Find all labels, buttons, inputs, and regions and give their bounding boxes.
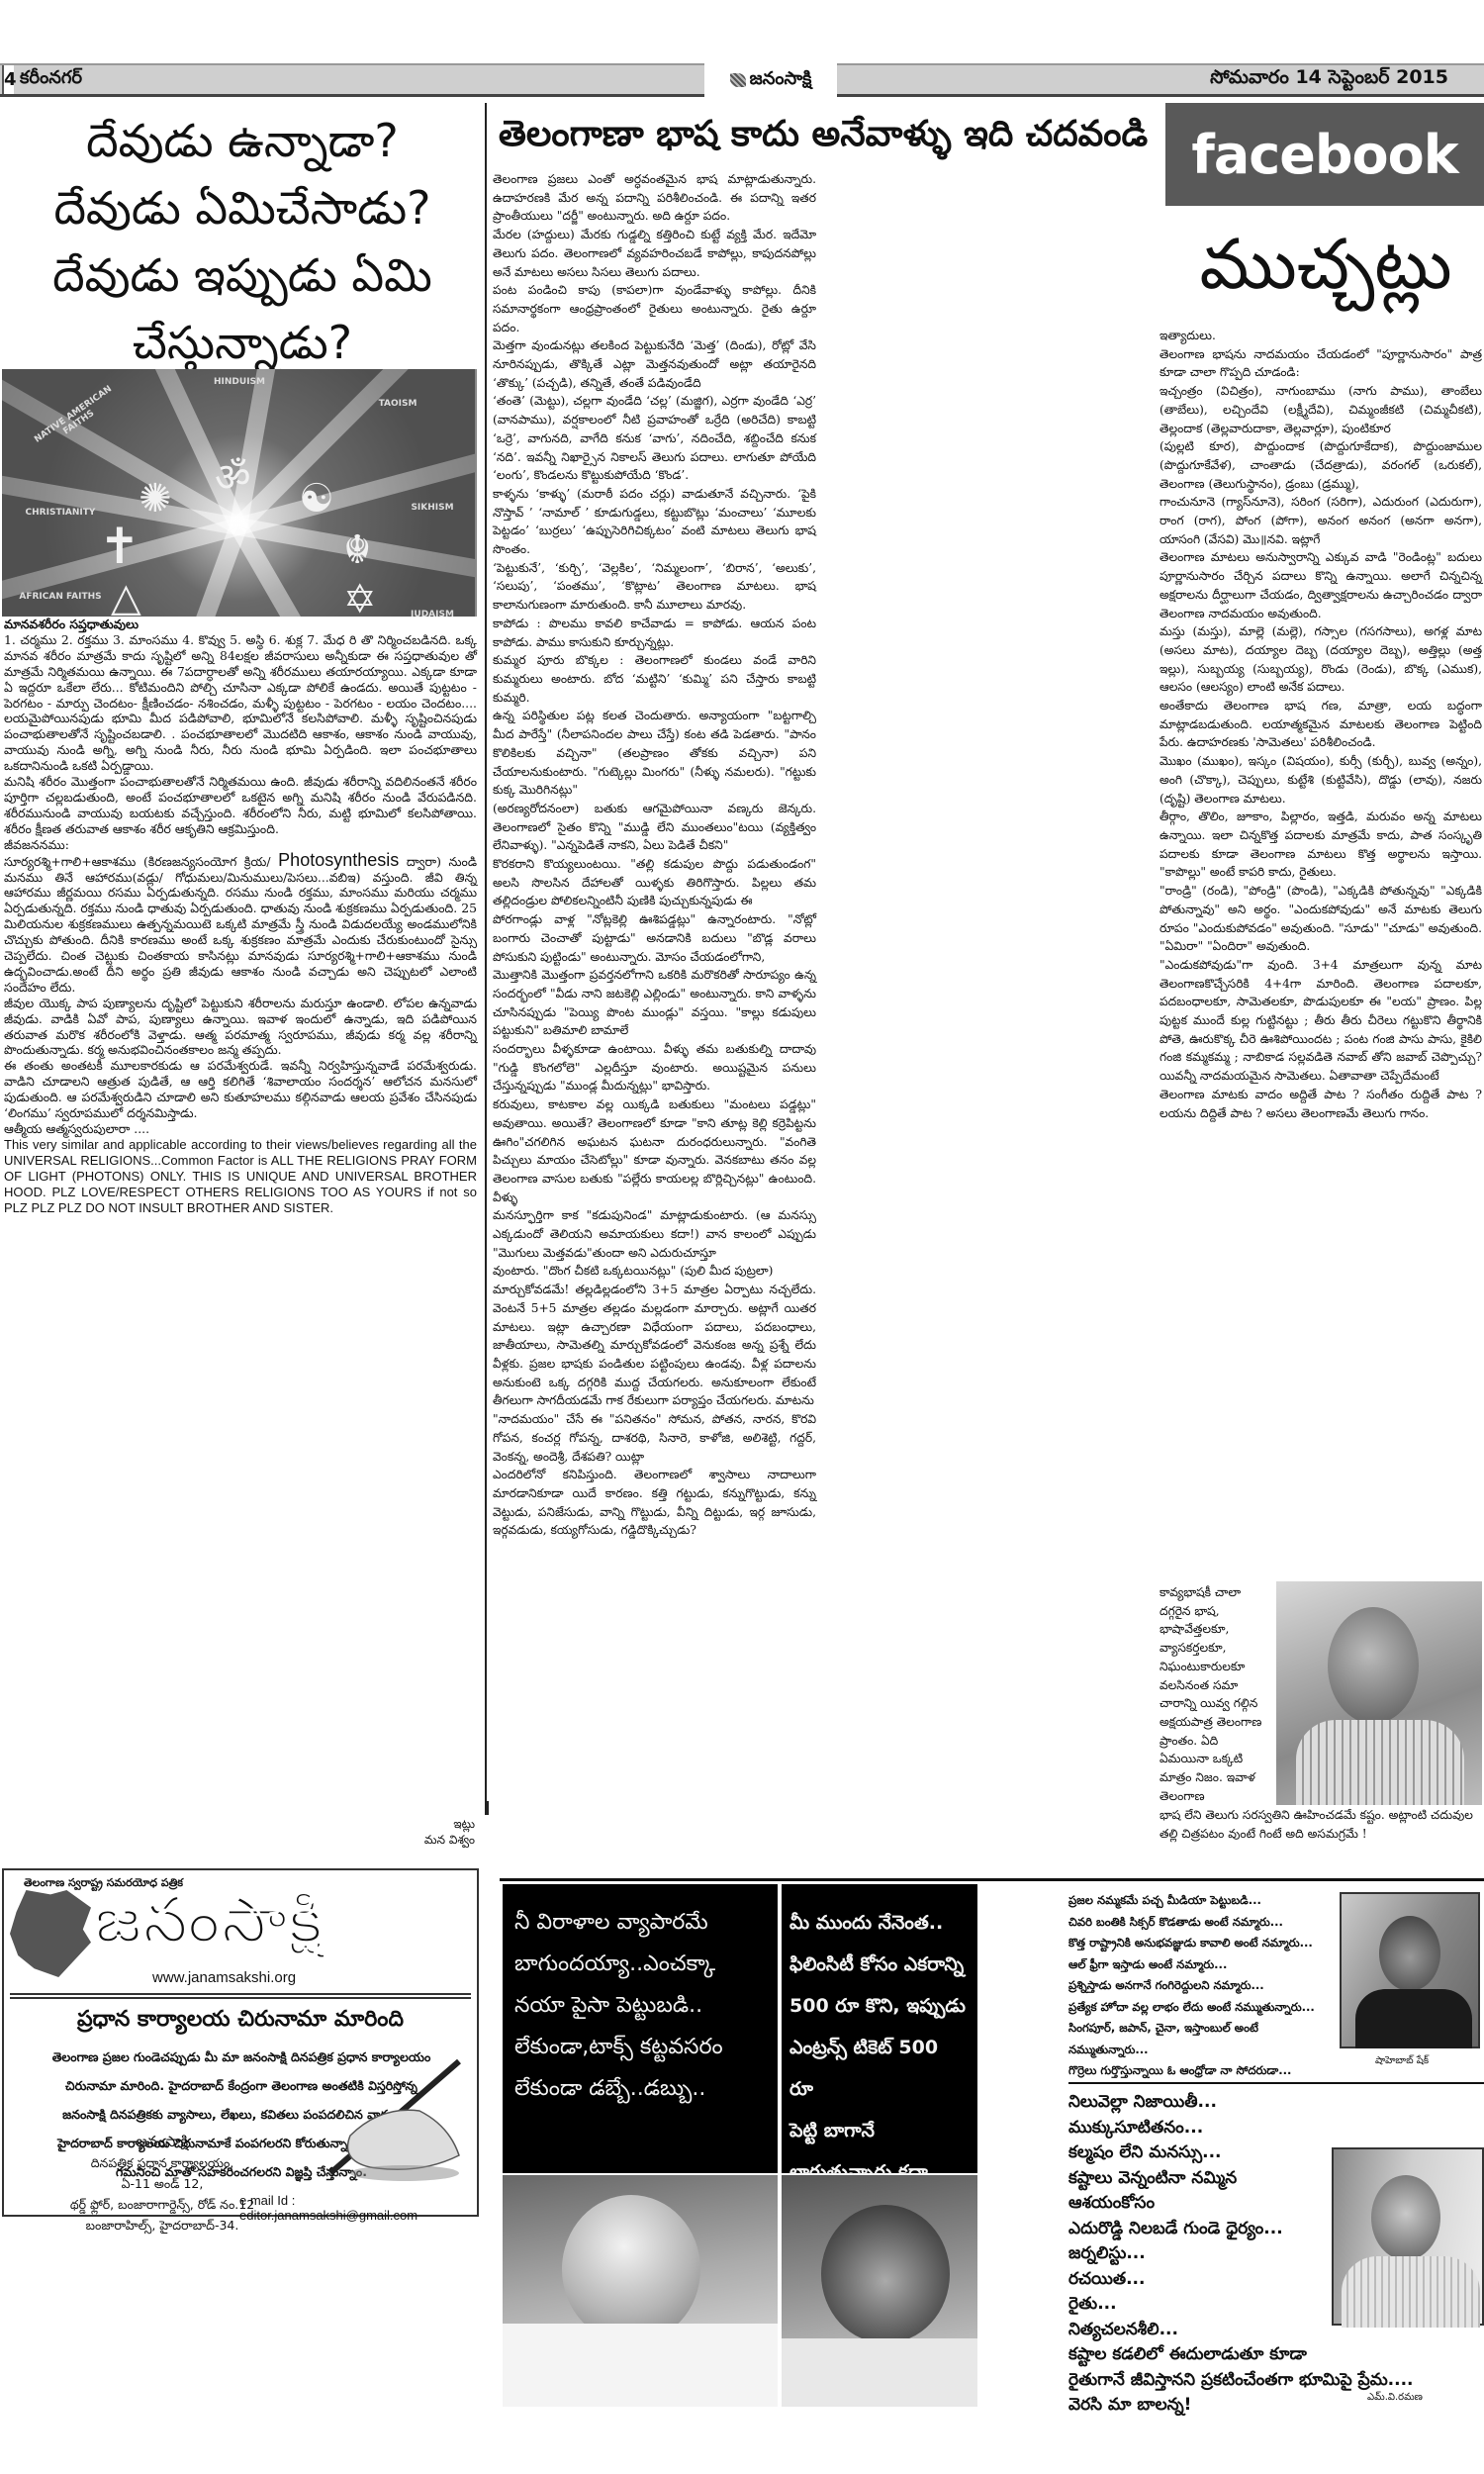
- meme-line: లేకుండా,టాక్స్ కట్టవసరం: [514, 2027, 768, 2068]
- title-line: దేవుడు ఏమిచేసాడు?: [0, 174, 485, 241]
- meme-line: ఎంట్రన్స్ టికెట్ 500 రూ: [789, 2027, 968, 2110]
- paragraph: జీవుల యొక్క పాప పుణ్యాలను దృష్టిలో పెట్ట…: [4, 996, 477, 1059]
- facebook-column-narrow: కావ్యభాషకీ చాలా దగ్గరైన భాష, భాషావేత్తలక…: [1159, 1583, 1268, 1805]
- poem-line: ముక్కుసూటితనం...: [1068, 2116, 1484, 2141]
- poem-andhra-media: ప్రజల నమ్మకమే పచ్చ మీడియా పెట్టుబడి... చ…: [1068, 1890, 1365, 2082]
- masthead-text: జనంసాక్షి: [750, 68, 812, 93]
- paragraph: కరువులు, కాటకాల వల్ల యిక్కడి బతుకులు "మం…: [493, 1095, 816, 1206]
- shirt-shape: [1355, 1989, 1472, 2048]
- hand-writing-pen-icon: [311, 2056, 469, 2185]
- edition-name: కరీంనగర్: [20, 67, 82, 92]
- face-shape: [821, 2205, 950, 2343]
- text-run: ద్వారా) నుండి మనము తినే ఆహారము(వడ్లు/ గో…: [4, 854, 477, 995]
- meme-line: 500 రూ కొని, ఇప్పుడు: [789, 1985, 968, 2027]
- paragraph: మార్చుకోవడమే! తల్లడిల్లడంలోని 3+5 మాత్రల…: [493, 1281, 816, 1410]
- facebook-column-tail: భాష లేని తెలుగు సరస్వతిని ఊహించడమే కష్టం…: [1159, 1806, 1482, 1843]
- facebook-column-body: ఇత్యాదులు. తెలంగాణ భాషను నాదమయం చేయడంలో …: [1159, 327, 1482, 1122]
- paragraph: తీర్గాం, తొలిం, జూకాం, పిల్లారం, ఇత్తడి,…: [1159, 808, 1482, 882]
- face-shape: [1328, 1607, 1419, 1724]
- poem-divider: [1068, 2082, 1484, 2084]
- paragraph: మొఖం (ముఖం), ఇస్కం (విషయం), కుర్సీ (కుర్…: [1159, 752, 1482, 808]
- website-link[interactable]: www.janamsakshi.org: [152, 1969, 296, 1986]
- poem-line: రైతుగానే జీవిస్తానని ప్రకటించేంతగా భూమిప…: [1068, 2368, 1484, 2394]
- paragraph: ‘పెట్టుకునే’, ‘కుర్చి’, ‘వెల్లకిల’, ‘నిమ…: [493, 559, 816, 615]
- signoff-line: ఇట్లు: [297, 1816, 475, 1832]
- column-divider-bottom: [487, 1801, 489, 1815]
- meme-line: ఫిలింసిటీ కోసం ఎకరాన్ని: [789, 1944, 968, 1985]
- signoff: ఇట్లు మన విశ్వం: [297, 1816, 475, 1848]
- meme-photo-left: [503, 2175, 778, 2407]
- shirt-shape: [1296, 1720, 1464, 1805]
- paragraph: మనస్ఫూర్తిగా కాక "కడుపునిండ" మాట్లాడుకుం…: [493, 1206, 816, 1262]
- khanda-icon: ☬: [343, 527, 371, 573]
- photosynthesis-word: Photosynthesis: [278, 850, 399, 870]
- meme-panel-left: నీ విరాళాల వ్యాపారమే బాగుందయ్యా..ఎంచక్కా…: [503, 1884, 778, 2173]
- author-photo: [1276, 1581, 1482, 1805]
- paragraph: ఎందరిలోనో కనిపిస్తుంది. తెలంగాణలో శ్వాసా…: [493, 1466, 816, 1540]
- paragraph: ఆత్మీయ ఆత్మస్వరుపులారా ....: [4, 1121, 477, 1137]
- paragraph: కుమ్మర పూరు బొక్కల : తెలంగాణలో కుండలు వం…: [493, 651, 816, 707]
- poem-line: చివరి బంతికి సిక్సర్ కొడతాడు అంటే నమ్మార…: [1068, 1912, 1365, 1934]
- paragraph: కొరకరాని కొయ్యలుంటయి. "తల్లి కడుపుల పొద్…: [493, 855, 816, 910]
- double-rule: [10, 1993, 471, 1999]
- paragraph: అంతేకాదు తెలంగాణ భాష గణ, మాత్రా, లయ బద్ధ…: [1159, 697, 1482, 752]
- page-header: 4 కరీంనగర్ జనంసాక్షి సోమవారం 14 సెప్టెంబ…: [0, 63, 1484, 97]
- email-address[interactable]: e mail Id : editor.janamsakshi@gmail.com: [239, 2193, 477, 2223]
- paragraph: సందర్భాలు వీళ్ళకూడా ఉంటాయి. వీళ్ళు తమ బత…: [493, 1040, 816, 1095]
- paragraph: గాంచునూనె (గ్యాస్‌నూనె), సరింగ (సరిగా), …: [1159, 493, 1482, 548]
- paragraph: మనిషి శరీరం మొత్తంగా పంచాభుతాలతోనే నిర్మ…: [4, 774, 477, 837]
- paragraph: ఉన్న పరిస్థితుల పట్ల కలత చెందుతారు. అన్య…: [493, 707, 816, 800]
- paragraph: మెత్తగా వుండునట్లు తలకింద పెట్టుకునేది ‘…: [493, 336, 816, 392]
- paragraph: తెలంగాణ మాటలు అనుస్వారాన్ని ఎక్కువ వాడి …: [1159, 548, 1482, 622]
- paragraph: కాళ్ళను ‘కాళ్ళు’ (మరాఠీ పదం చర్లు) వాడుత…: [493, 485, 816, 559]
- paragraph: ఇత్యాదులు.: [1159, 327, 1482, 345]
- paragraph: ఈ తంతు అంతటకీ మూలకారకుడు ఆ పరమేశ్వరుడే. …: [4, 1058, 477, 1121]
- english-note: This very similar and applicable accordi…: [4, 1137, 477, 1216]
- janamsakshi-logo: జనంసాక్షి: [95, 1884, 325, 1972]
- paragraph: పంట పండించి కాపు (కాపలా)గా వుండేవాళ్ళు క…: [493, 281, 816, 336]
- medicine-wheel-icon: ✺: [139, 476, 172, 522]
- yin-yang-icon: ☯: [299, 476, 334, 522]
- label-judaism: JUDAISM: [378, 610, 477, 617]
- subheading: జీవజననము:: [4, 837, 477, 853]
- signoff-line: మన విశ్వం: [297, 1832, 475, 1848]
- poem-line: సింగపూర్, జపాన్, చైనా, ఇస్తాంబుల్ అంటే: [1068, 2018, 1365, 2040]
- poem-line: ప్రత్యేక హోదా వల్ల లాభం లేదు అంటే నమ్ముత…: [1068, 1997, 1365, 2019]
- poem-line: ప్రశ్నిస్తాడు అనగానే గంగిరెద్దులని నమ్మా…: [1068, 1975, 1365, 1997]
- title-line: దేవుడు ఇప్పుడు ఏమి: [0, 241, 485, 309]
- address-line: జనంసాక్షి: [14, 2132, 311, 2152]
- paragraph: సూర్యరశ్మి+గాలి+ఆకాశము (కిరణజన్యసంయోగ క్…: [4, 853, 477, 996]
- shirt-shape: [503, 2324, 778, 2407]
- text-run: సూర్యరశ్మి+గాలి+ఆకాశము (కిరణజన్యసంయోగ క్…: [4, 854, 278, 869]
- paragraph: కాపోడు : పొలము కావలి కాచేవాడు = కాపోడు. …: [493, 615, 816, 651]
- left-article-body: మానవశరీరం సప్తధాతువులు 1. చర్మము 2. రక్త…: [4, 617, 477, 1216]
- left-article-title: దేవుడు ఉన్నాడా? దేవుడు ఏమిచేసాడు? దేవుడు…: [0, 107, 485, 376]
- middle-article-headline: తెలంగాణా భాష కాదు అనేవాళ్ళు ఇది చదవండి: [491, 107, 1156, 162]
- label-taoism: TAOISM: [343, 399, 452, 409]
- logo-leaf-icon: [730, 73, 746, 87]
- paragraph: కావ్యభాషకీ చాలా దగ్గరైన భాష, భాషావేత్తలక…: [1159, 1583, 1268, 1805]
- meme-line: పెట్టి బాగానే: [789, 2110, 968, 2151]
- paragraph: ఇచ్చంత్రం (విచిత్రం), నాగుంబాము (నాగు పా…: [1159, 382, 1482, 437]
- meme-image: నీ విరాళాల వ్యాపారమే బాగుందయ్యా..ఎంచక్కా…: [503, 1884, 977, 2177]
- poem-line: గొర్రెలు గుర్తొస్తున్నాయి ఓ ఆంధ్రోడా నా …: [1068, 2060, 1365, 2082]
- masthead: జనంసాక్షి: [704, 63, 837, 97]
- meme-photo-right: [782, 2175, 977, 2407]
- poem-line: నమ్ముతున్నారు...: [1068, 2040, 1365, 2061]
- address-line: దినపత్రిక ప్రధాన కార్యాలయం,: [14, 2152, 311, 2173]
- poem2-byline: ఎమ్.వి.రమణ: [1367, 2391, 1423, 2405]
- triangle-icon: △: [111, 575, 141, 617]
- page-number: 4: [2, 65, 14, 94]
- poem-line: ప్రజల నమ్మకమే పచ్చ మీడియా పెట్టుబడి...: [1068, 1890, 1365, 1912]
- paragraph: "రాండ్రి" (రండి), "పోండ్రి" (పొండి), "ఎక…: [1159, 882, 1482, 956]
- meme-text-right: మీ ముందు నేనెంత.. ఫిలింసిటీ కోసం ఎకరాన్న…: [782, 1884, 977, 2193]
- face-shape: [562, 2195, 700, 2343]
- shirt-shape: [782, 2338, 977, 2407]
- poet-photo-1: [1340, 1892, 1480, 2048]
- poem1-byline: షాహెబాబ్ షేక్: [1375, 2054, 1429, 2068]
- meme-text-left: నీ విరాళాల వ్యాపారమే బాగుందయ్యా..ఎంచక్కా…: [503, 1884, 778, 2110]
- paragraph: తెలంగాణ మాటకు వాదం అద్దితే పాట ? సంగీతం …: [1159, 1086, 1482, 1122]
- subheading: మానవశరీరం సప్తధాతువులు: [4, 617, 477, 632]
- title-line: దేవుడు ఉన్నాడా?: [0, 107, 485, 174]
- poem-line: కష్టాల కడలిలో ఈదులాడుతూ కూడా: [1068, 2342, 1484, 2368]
- middle-article-body: తెలంగాణ ప్రజలు ఎంతో అర్ధవంతమైన భాష మాట్ల…: [493, 170, 1154, 1803]
- label-african-faiths: AFRICAN FAITHS: [6, 592, 115, 602]
- paragraph: వుంటారు. "దొంగ చీకటి ఒక్కటయినట్లు" (పులి…: [493, 1262, 816, 1281]
- paragraph: (అరణ్యరోదనంలా) బతుకు ఆగమైపోయినా వణ్కరు జ…: [493, 800, 816, 855]
- label-sikhism: SIKHISM: [378, 503, 477, 513]
- meme-line: బాగుందయ్యా..ఎంచక్కా: [514, 1944, 768, 1985]
- paragraph: "ఎండుకపోవుడు"గా వుంది. 3+4 మాత్రలుగా వున…: [1159, 956, 1482, 1086]
- meme-line: లేకుండా డబ్బే..డబ్బు..: [514, 2068, 768, 2110]
- om-icon: ॐ: [215, 448, 250, 503]
- poet-photo-2: [1332, 2147, 1484, 2326]
- paragraph: మస్తు (మస్తు), మాల్లె (మల్లె), గస్సాల (గ…: [1159, 622, 1482, 697]
- paragraph: పోరగాండ్లు వాళ్ల "నోట్లకెల్లి ఊశిపడ్డట్ల…: [493, 910, 816, 966]
- title-line: చేస్తున్నాడు?: [0, 309, 485, 376]
- poem-line: కొత్త రాష్ట్రానికి అనుభవజ్ఞుడు కావాలి అం…: [1068, 1933, 1365, 1954]
- label-christianity: CHRISTIANITY: [6, 508, 115, 518]
- world-religions-light-image: ॐ ☯ ✝ ☬ ✡ ☪ ☸ ✋ △ ✺ NATIVE AMERICAN FAIT…: [2, 369, 477, 617]
- address-line: ఏ-11 అండ్ 12,: [14, 2173, 311, 2194]
- paragraph: "నాదమయం" చేసే ఈ "పనితనం" సోమన, పోతన, నార…: [493, 1410, 816, 1466]
- paragraph: మొత్తానికి మొత్తంగా ప్రవర్తనలోగాని ఒకరిక…: [493, 966, 816, 1040]
- meme-panel-right: మీ ముందు నేనెంత.. ఫిలింసిటీ కోసం ఎకరాన్న…: [782, 1884, 977, 2173]
- facebook-column-title: ముచ్చట్లు: [1167, 220, 1484, 309]
- poem-line: ఆల్ ఫ్రీగా ఇస్తాడు అంటే నమ్మారు...: [1068, 1954, 1365, 1976]
- paragraph: తెలంగాణ ప్రజలు ఎంతో అర్ధవంతమైన భాష మాట్ల…: [493, 170, 816, 226]
- face-shape: [1371, 2175, 1440, 2260]
- office-address-change-notice: తెలంగాణ స్వరాష్ట్ర సమరయోధ పత్రిక జనంసాక్…: [2, 1868, 479, 2217]
- cross-icon: ✝: [99, 518, 140, 575]
- paragraph: (పుల్లటి కూర), పొద్దుందాక (పొద్దుగూకేదాక…: [1159, 437, 1482, 493]
- star-of-david-icon: ✡: [343, 577, 377, 617]
- face-shape: [1379, 1916, 1440, 1991]
- issue-date: సోమవారం 14 సెప్టెంబర్ 2015: [1210, 66, 1448, 93]
- shirt-shape: [1342, 2256, 1480, 2328]
- paragraph: మేరల (హద్దులు) మేరకు గుడ్డల్ని కత్తిరించ…: [493, 226, 816, 281]
- facebook-logo-box: facebook: [1165, 103, 1484, 206]
- column-divider-left: [485, 103, 487, 1815]
- meme-line: నీ విరాళాల వ్యాపారమే: [514, 1902, 768, 1944]
- paragraph: 1. చర్మము 2. రక్తము 3. మాంసము 4. కొవ్వు …: [4, 632, 477, 774]
- paragraph: ‘తంతె’ (మెట్టు), చల్లగా వుండేది ‘చల్ల’ (…: [493, 392, 816, 485]
- label-hinduism: HINDUISM: [185, 377, 294, 387]
- telangana-map-icon: [10, 1890, 91, 1977]
- section-divider: [500, 1878, 1484, 1881]
- meme-line: మీ ముందు నేనెంత..: [789, 1902, 968, 1944]
- ad-headline: ప్రధాన కార్యాలయ చిరునామా మారింది: [4, 2007, 477, 2037]
- poem-line: నిలువెల్లా నిజాయితీ...: [1068, 2090, 1484, 2116]
- meme-line: నయా పైసా పెట్టుబడి..: [514, 1985, 768, 2027]
- paragraph: తెలంగాణ భాషను నాదమయం చేయడంలో "పూర్ణానుసా…: [1159, 345, 1482, 382]
